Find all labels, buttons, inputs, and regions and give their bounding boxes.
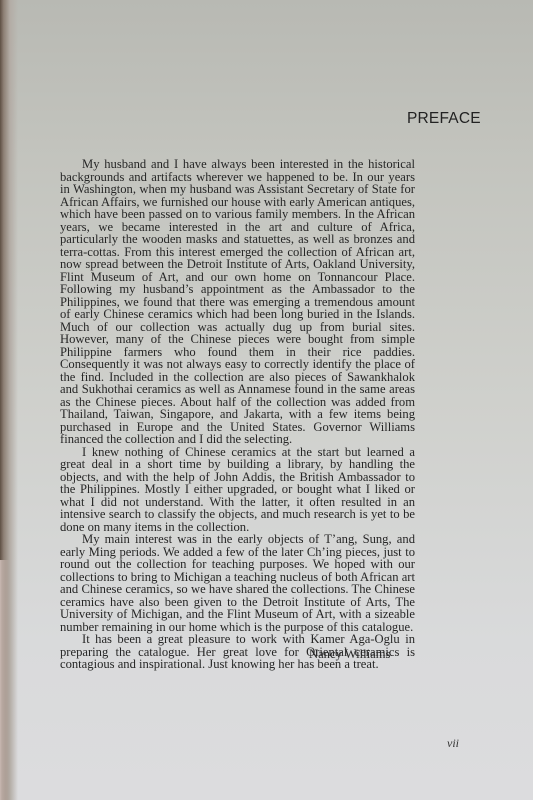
- paragraph-2: I knew nothing of Chinese ceramics at th…: [60, 446, 415, 534]
- book-spine-shadow-lower: [0, 560, 10, 800]
- paragraph-3: My main interest was in the early object…: [60, 533, 415, 633]
- preface-body: My husband and I have always been intere…: [60, 158, 415, 671]
- paragraph-1: My husband and I have always been intere…: [60, 158, 415, 446]
- author-signature: Nancy Williams: [309, 647, 390, 662]
- page-heading: PREFACE: [407, 110, 481, 128]
- page-number: vii: [447, 736, 459, 751]
